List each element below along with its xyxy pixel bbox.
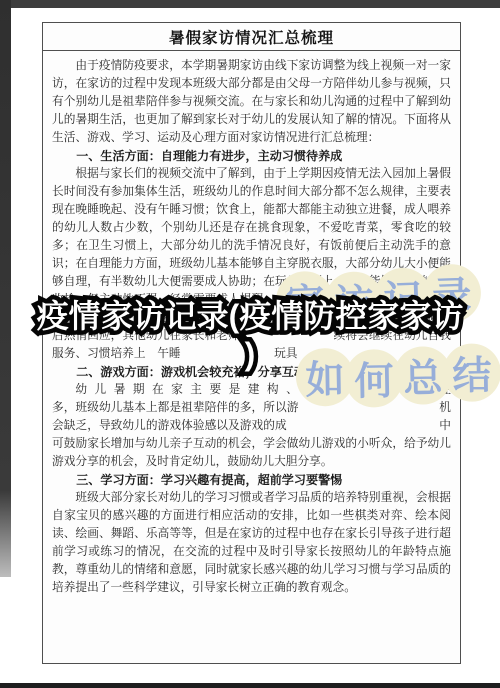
section-heading-life: 一、生活方面：自理能力有进步，主动习惯待养成 bbox=[52, 147, 451, 165]
section-body-study: 班级大部分家长对幼儿的学习习惯或者学习品质的培养特别重视，会根据自家宝贝的感兴趣… bbox=[52, 489, 451, 597]
overlay-title-line2: ) ) bbox=[24, 335, 476, 373]
intro-paragraph: 由于疫情防疫要求，本学期暑期家访由线下家访调整为线上视频一对一家访，在家访的过程… bbox=[52, 57, 451, 147]
photo-edge-left bbox=[0, 0, 11, 577]
overlay-title-fill: 疫情家访记录(疫情防控家家访 bbox=[24, 297, 476, 335]
photo-edge-bottom bbox=[0, 683, 500, 688]
photo-edge-top bbox=[0, 0, 500, 8]
document-title: 暑假家访情况汇总梳理 bbox=[43, 23, 460, 51]
overlay-title-fill: ) bbox=[24, 335, 476, 373]
section-heading-study: 三、学习方面：学习兴趣有提高，超前学习要警惕 bbox=[52, 471, 451, 489]
overlay-title-line1: 疫情家访记录(疫情防控家家访 疫情家访记录(疫情防控家家访 bbox=[24, 297, 476, 335]
overlay-title: 疫情家访记录(疫情防控家家访 疫情家访记录(疫情防控家家访 ) ) bbox=[24, 297, 476, 373]
